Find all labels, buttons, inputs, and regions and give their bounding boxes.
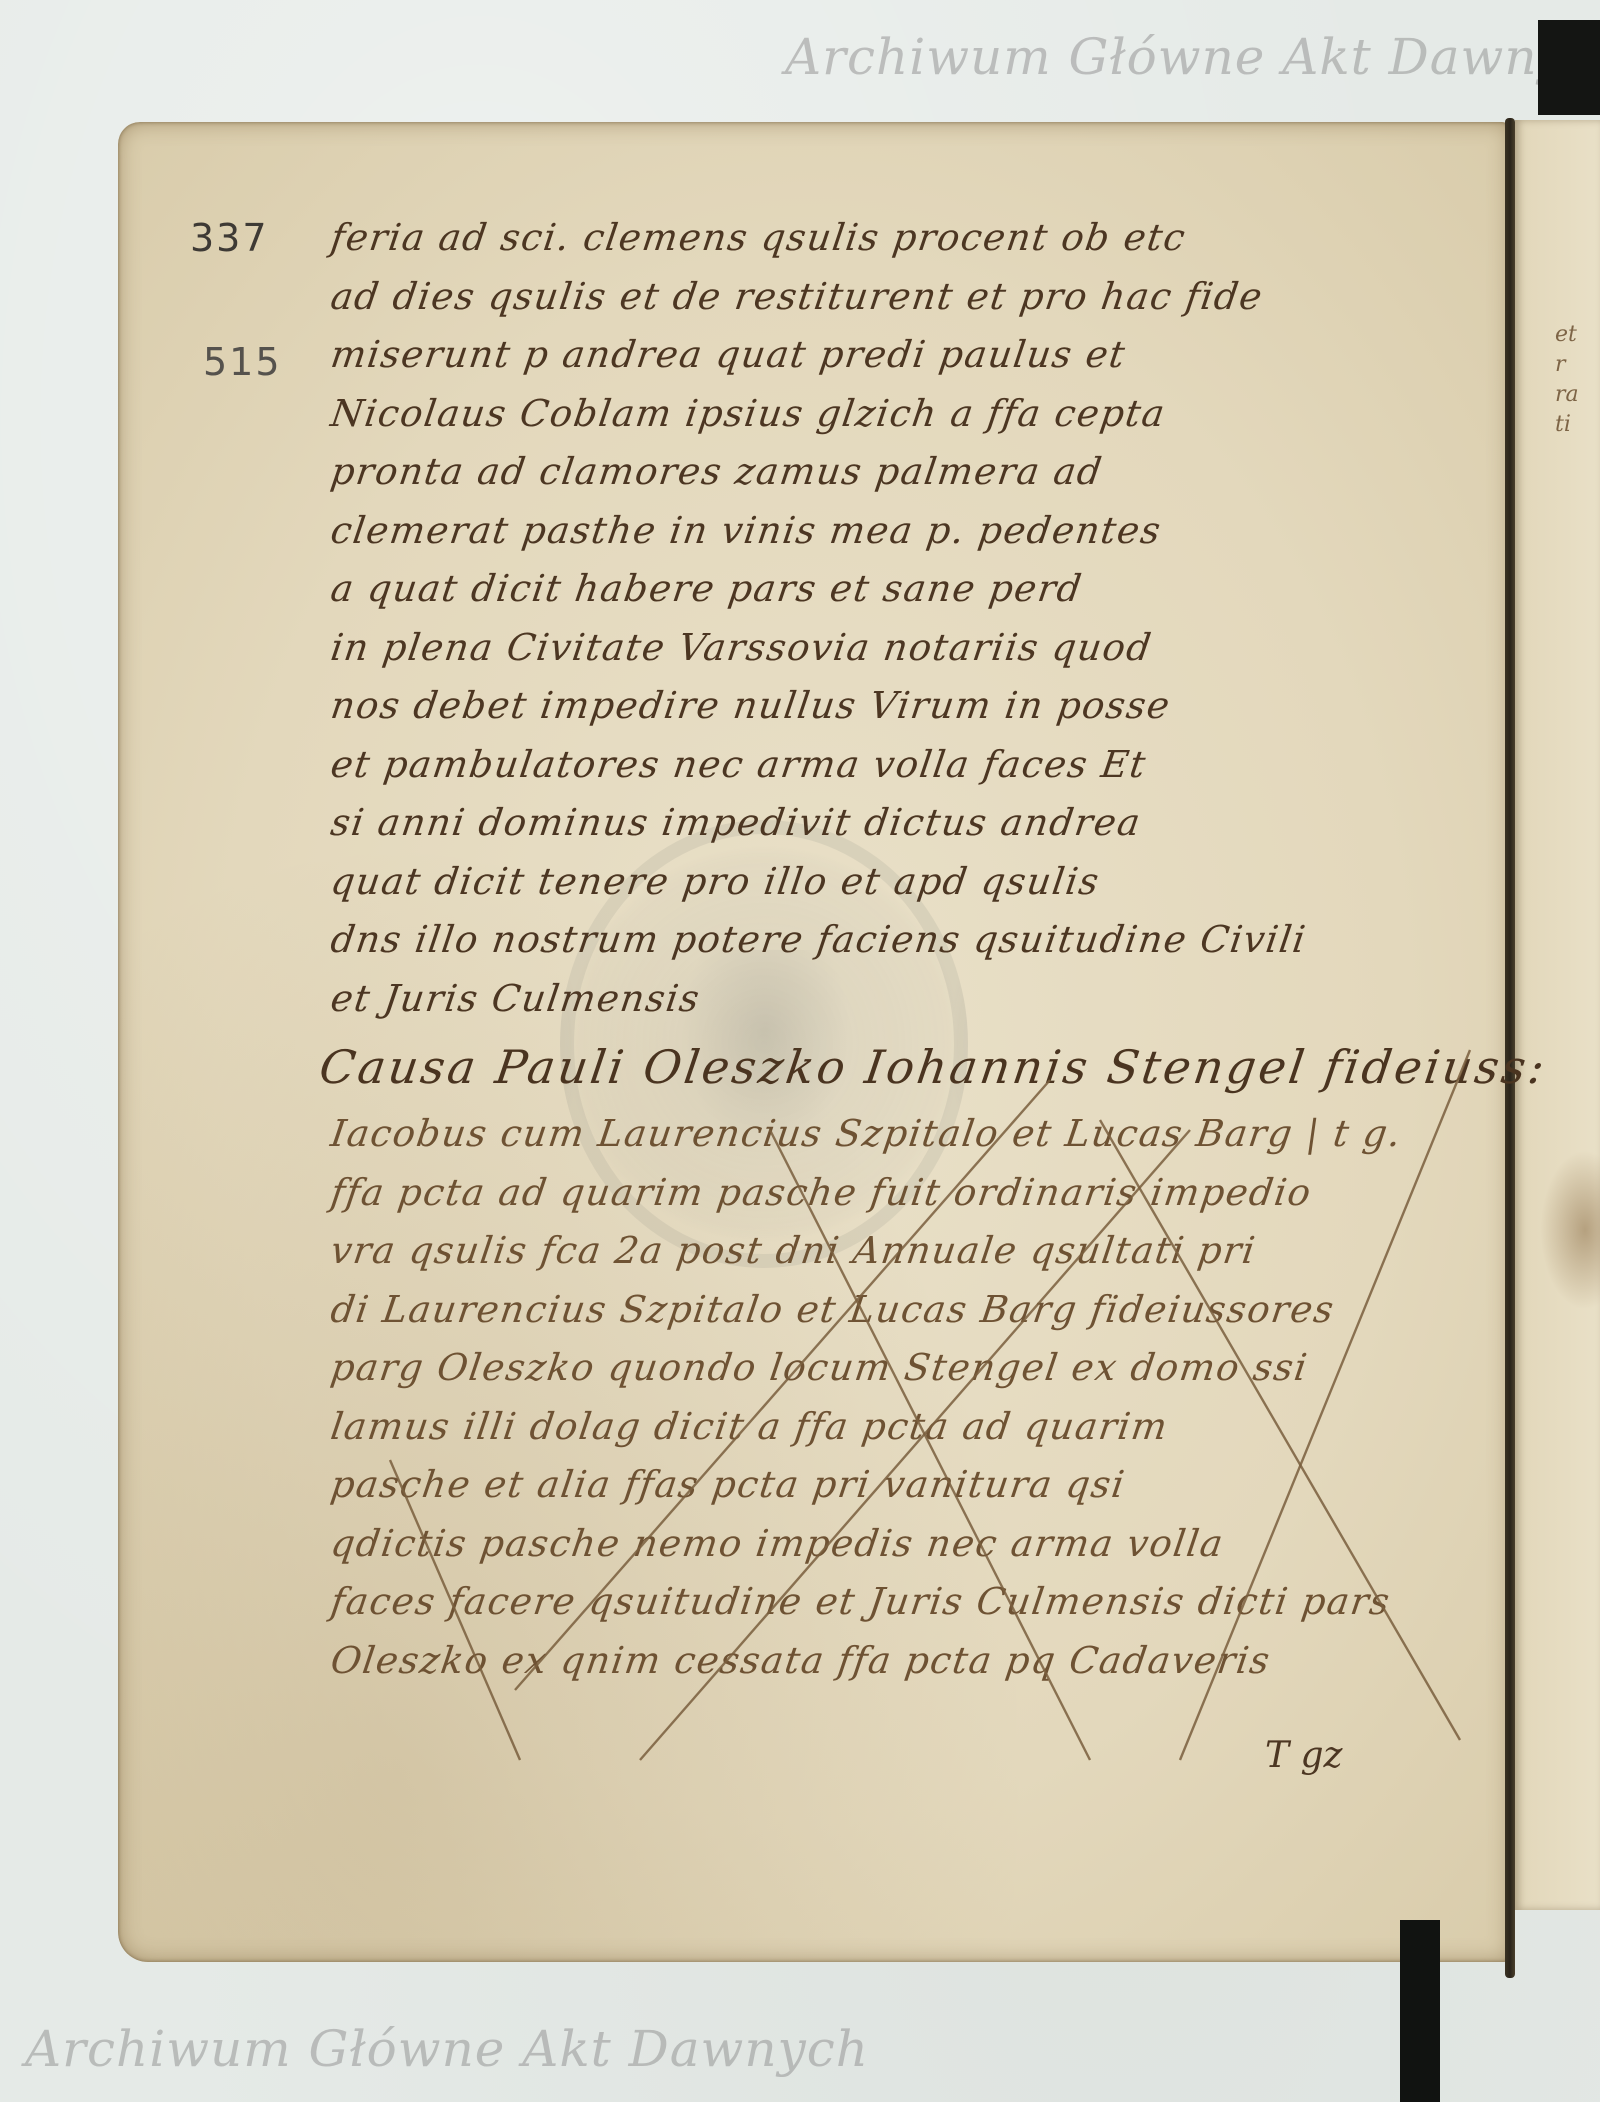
manuscript-line: dns illo nostrum potere faciens qsuitudi… — [326, 918, 1484, 977]
binding-strip-bottom — [1400, 1920, 1440, 2102]
manuscript-line: et Juris Culmensis — [326, 977, 1484, 1036]
entry-1-text: feria ad sci. clemens qsulis procent ob … — [330, 216, 1480, 1035]
manuscript-line: si anni dominus impedivit dictus andrea — [326, 801, 1484, 860]
manuscript-line: nos debet impedire nullus Virum in posse — [326, 684, 1484, 743]
manuscript-line: lamus illi dolag dicit a ffa pcta ad qua… — [326, 1405, 1484, 1464]
manuscript-line: ffa pcta ad quarim pasche fuit ordinaris… — [326, 1171, 1484, 1230]
manuscript-line: ad dies qsulis et de restiturent et pro … — [326, 275, 1484, 334]
manuscript-line: pronta ad clamores zamus palmera ad — [326, 450, 1484, 509]
entry-2-text-cancelled: Iacobus cum Laurencius Szpitalo et Lucas… — [330, 1112, 1480, 1697]
folio-number-new: 515 — [203, 340, 282, 384]
manuscript-line: quat dicit tenere pro illo et apd qsulis — [326, 860, 1484, 919]
manuscript-line: Nicolaus Coblam ipsius glzich a ffa cept… — [326, 392, 1484, 451]
archive-watermark-top: Archiwum Główne Akt Dawnych — [785, 28, 1600, 86]
manuscript-line: feria ad sci. clemens qsulis procent ob … — [326, 216, 1484, 275]
binding-strip-top — [1538, 20, 1600, 115]
manuscript-line: qdictis pasche nemo impedis nec arma vol… — [326, 1522, 1484, 1581]
manuscript-line: et pambulatores nec arma volla faces Et — [326, 743, 1484, 802]
archive-watermark-bottom: Archiwum Główne Akt Dawnych — [25, 2020, 869, 2078]
manuscript-line: parg Oleszko quondo locum Stengel ex dom… — [326, 1346, 1484, 1405]
manuscript-line: di Laurencius Szpitalo et Lucas Barg fid… — [326, 1288, 1484, 1347]
manuscript-line: clemerat pasthe in vinis mea p. pedentes — [326, 509, 1484, 568]
facing-page-fragments: et r ra ti — [1555, 320, 1579, 440]
folio-number-old: 337 — [190, 216, 269, 260]
manuscript-line: Iacobus cum Laurencius Szpitalo et Lucas… — [326, 1112, 1484, 1171]
manuscript-line: miserunt p andrea quat predi paulus et — [326, 333, 1484, 392]
manuscript-line: vra qsulis fca 2a post dni Annuale qsult… — [326, 1229, 1484, 1288]
entry-2-heading: Causa Pauli Oleszko Iohannis Stengel fid… — [316, 1040, 1551, 1094]
manuscript-line: in plena Civitate Varssovia notariis quo… — [326, 626, 1484, 685]
closing-mark: T gz — [1265, 1735, 1342, 1776]
manuscript-line: a quat dicit habere pars et sane perd — [326, 567, 1484, 626]
manuscript-line: pasche et alia ffas pcta pri vanitura qs… — [326, 1463, 1484, 1522]
manuscript-line: Oleszko ex qnim cessata ffa pcta pq Cada… — [326, 1639, 1484, 1698]
manuscript-line: faces facere qsuitudine et Juris Culmens… — [326, 1580, 1484, 1639]
